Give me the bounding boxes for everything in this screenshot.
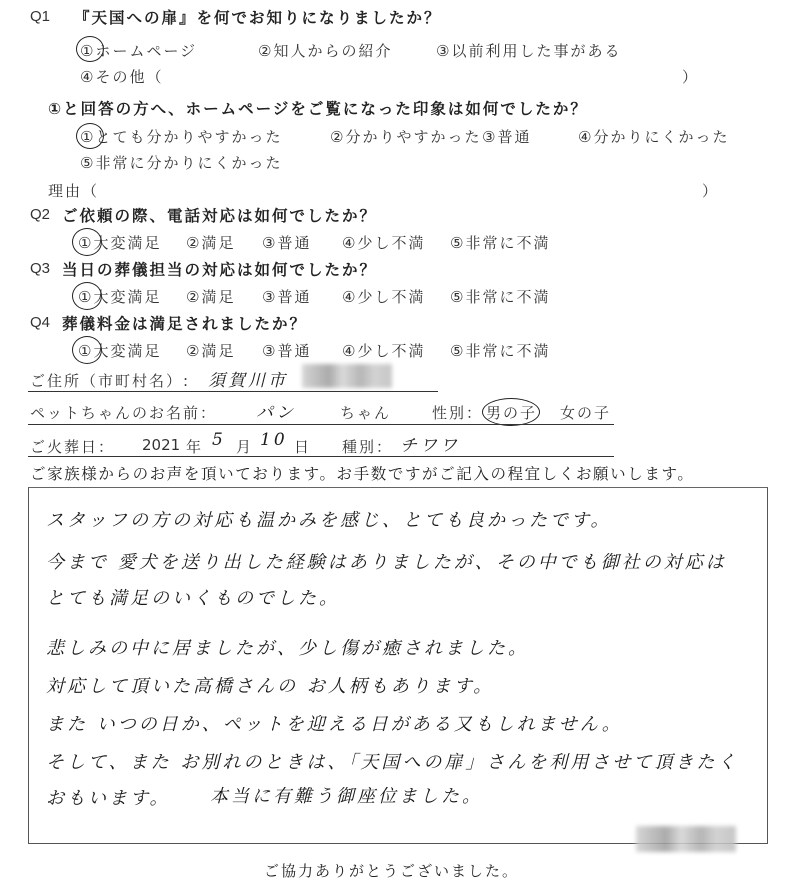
- q2-option-3[interactable]: ③普通: [262, 232, 311, 253]
- q1-option-3[interactable]: ③以前利用した事がある: [436, 40, 621, 61]
- q3-option-3[interactable]: ③普通: [262, 286, 311, 307]
- q1-sub-option-3[interactable]: ③普通: [482, 126, 531, 147]
- comment-line-9: 本当に有難う御座位ました。: [210, 782, 483, 808]
- year-unit: 年: [186, 436, 203, 457]
- q4-option-2[interactable]: ②満足: [186, 340, 235, 361]
- q3-option-4[interactable]: ④少し不満: [342, 286, 425, 307]
- breed-label: 種別：: [342, 436, 393, 457]
- q1-option-4[interactable]: ④その他（: [80, 66, 163, 87]
- q1-sub-question: ①と回答の方へ、ホームページをご覧になった印象は如何でしたか？: [48, 97, 588, 119]
- q1-question: 『天国への扉』を何でお知りになりましたか？: [74, 6, 442, 28]
- gender-male-option[interactable]: 男の子: [486, 402, 537, 423]
- q1-other-close: ）: [682, 66, 699, 87]
- reason-close: ）: [702, 180, 719, 201]
- q2-option-2[interactable]: ②満足: [186, 232, 235, 253]
- q1-option-2[interactable]: ②知人からの紹介: [258, 40, 392, 61]
- redacted-signature: [636, 826, 736, 852]
- q1-sub-option-2[interactable]: ②分かりやすかった: [330, 126, 481, 147]
- q1-sub-option-1[interactable]: ①とても分かりやすかった: [80, 126, 282, 147]
- pet-name-underline: [28, 424, 614, 425]
- q2-label: Q2: [30, 206, 50, 223]
- cremation-year[interactable]: 2021: [142, 436, 180, 454]
- q1-label: Q1: [30, 8, 50, 25]
- day-unit: 日: [294, 436, 311, 457]
- address-label: ご住所（市町村名）:: [30, 370, 190, 391]
- comment-line-4: 悲しみの中に居ましたが、少し傷が癒されました。: [46, 634, 529, 660]
- q4-option-4[interactable]: ④少し不満: [342, 340, 425, 361]
- q1-option-1[interactable]: ①ホームページ: [80, 40, 197, 61]
- cremation-underline: [28, 456, 614, 457]
- thanks-message: ご協力ありがとうございました。: [264, 860, 519, 881]
- q3-option-2[interactable]: ②満足: [186, 286, 235, 307]
- cremation-month[interactable]: 5: [212, 430, 226, 450]
- address-underline: [28, 391, 438, 392]
- gender-female-option[interactable]: 女の子: [560, 402, 611, 423]
- q4-option-1[interactable]: ①大変満足: [78, 340, 161, 361]
- reason-label: 理由（: [48, 180, 99, 201]
- address-value[interactable]: 須賀川市: [208, 366, 288, 391]
- breed-value[interactable]: チワワ: [400, 431, 460, 456]
- q4-option-5[interactable]: ⑤非常に不満: [450, 340, 550, 361]
- redacted-address: [302, 364, 392, 388]
- q3-label: Q3: [30, 260, 50, 277]
- cremation-day[interactable]: 10: [260, 430, 288, 450]
- q4-label: Q4: [30, 314, 50, 331]
- q2-question: ご依頼の際、電話対応は如何でしたか？: [62, 204, 377, 226]
- gender-label: 性別：: [432, 402, 483, 423]
- cremation-date-label: ご火葬日：: [30, 436, 115, 457]
- q4-question: 葬儀料金は満足されましたか？: [62, 312, 307, 334]
- q3-option-1[interactable]: ①大変満足: [78, 286, 161, 307]
- comment-line-1: スタッフの方の対応も温かみを感じ、とても良かったです。: [46, 506, 612, 532]
- q3-question: 当日の葬儀担当の対応は如何でしたか？: [62, 258, 377, 280]
- pet-name-value[interactable]: パン: [256, 398, 296, 423]
- comment-line-8: おもいます。: [46, 784, 171, 810]
- q3-option-5[interactable]: ⑤非常に不満: [450, 286, 550, 307]
- q4-option-3[interactable]: ③普通: [262, 340, 311, 361]
- q2-option-1[interactable]: ①大変満足: [78, 232, 161, 253]
- comments-intro: ご家族様からのお声を頂いております。お手数ですがご記入の程宜しくお願いします。: [30, 462, 694, 484]
- pet-name-label: ペットちゃんのお名前：: [30, 402, 217, 423]
- month-unit: 月: [236, 436, 253, 457]
- comment-line-2: 今まで 愛犬を送り出した経験はありましたが、その中でも御社の対応は: [46, 548, 727, 574]
- comment-line-3: とても満足のいくものでした。: [46, 584, 340, 610]
- comment-line-5: 対応して頂いた高橋さんの お人柄もあります。: [46, 672, 494, 698]
- q2-option-4[interactable]: ④少し不満: [342, 232, 425, 253]
- q1-sub-option-4[interactable]: ④分かりにくかった: [578, 126, 729, 147]
- q1-sub-option-5[interactable]: ⑤非常に分かりにくかった: [80, 152, 282, 173]
- comment-line-6: また いつの日か、ペットを迎える日がある又もしれません。: [46, 710, 623, 736]
- q2-option-5[interactable]: ⑤非常に不満: [450, 232, 550, 253]
- comment-line-7: そして、また お別れのときは、「天国への扉」さんを利用させて頂きたく: [46, 748, 738, 774]
- pet-name-suffix: ちゃん: [340, 402, 391, 423]
